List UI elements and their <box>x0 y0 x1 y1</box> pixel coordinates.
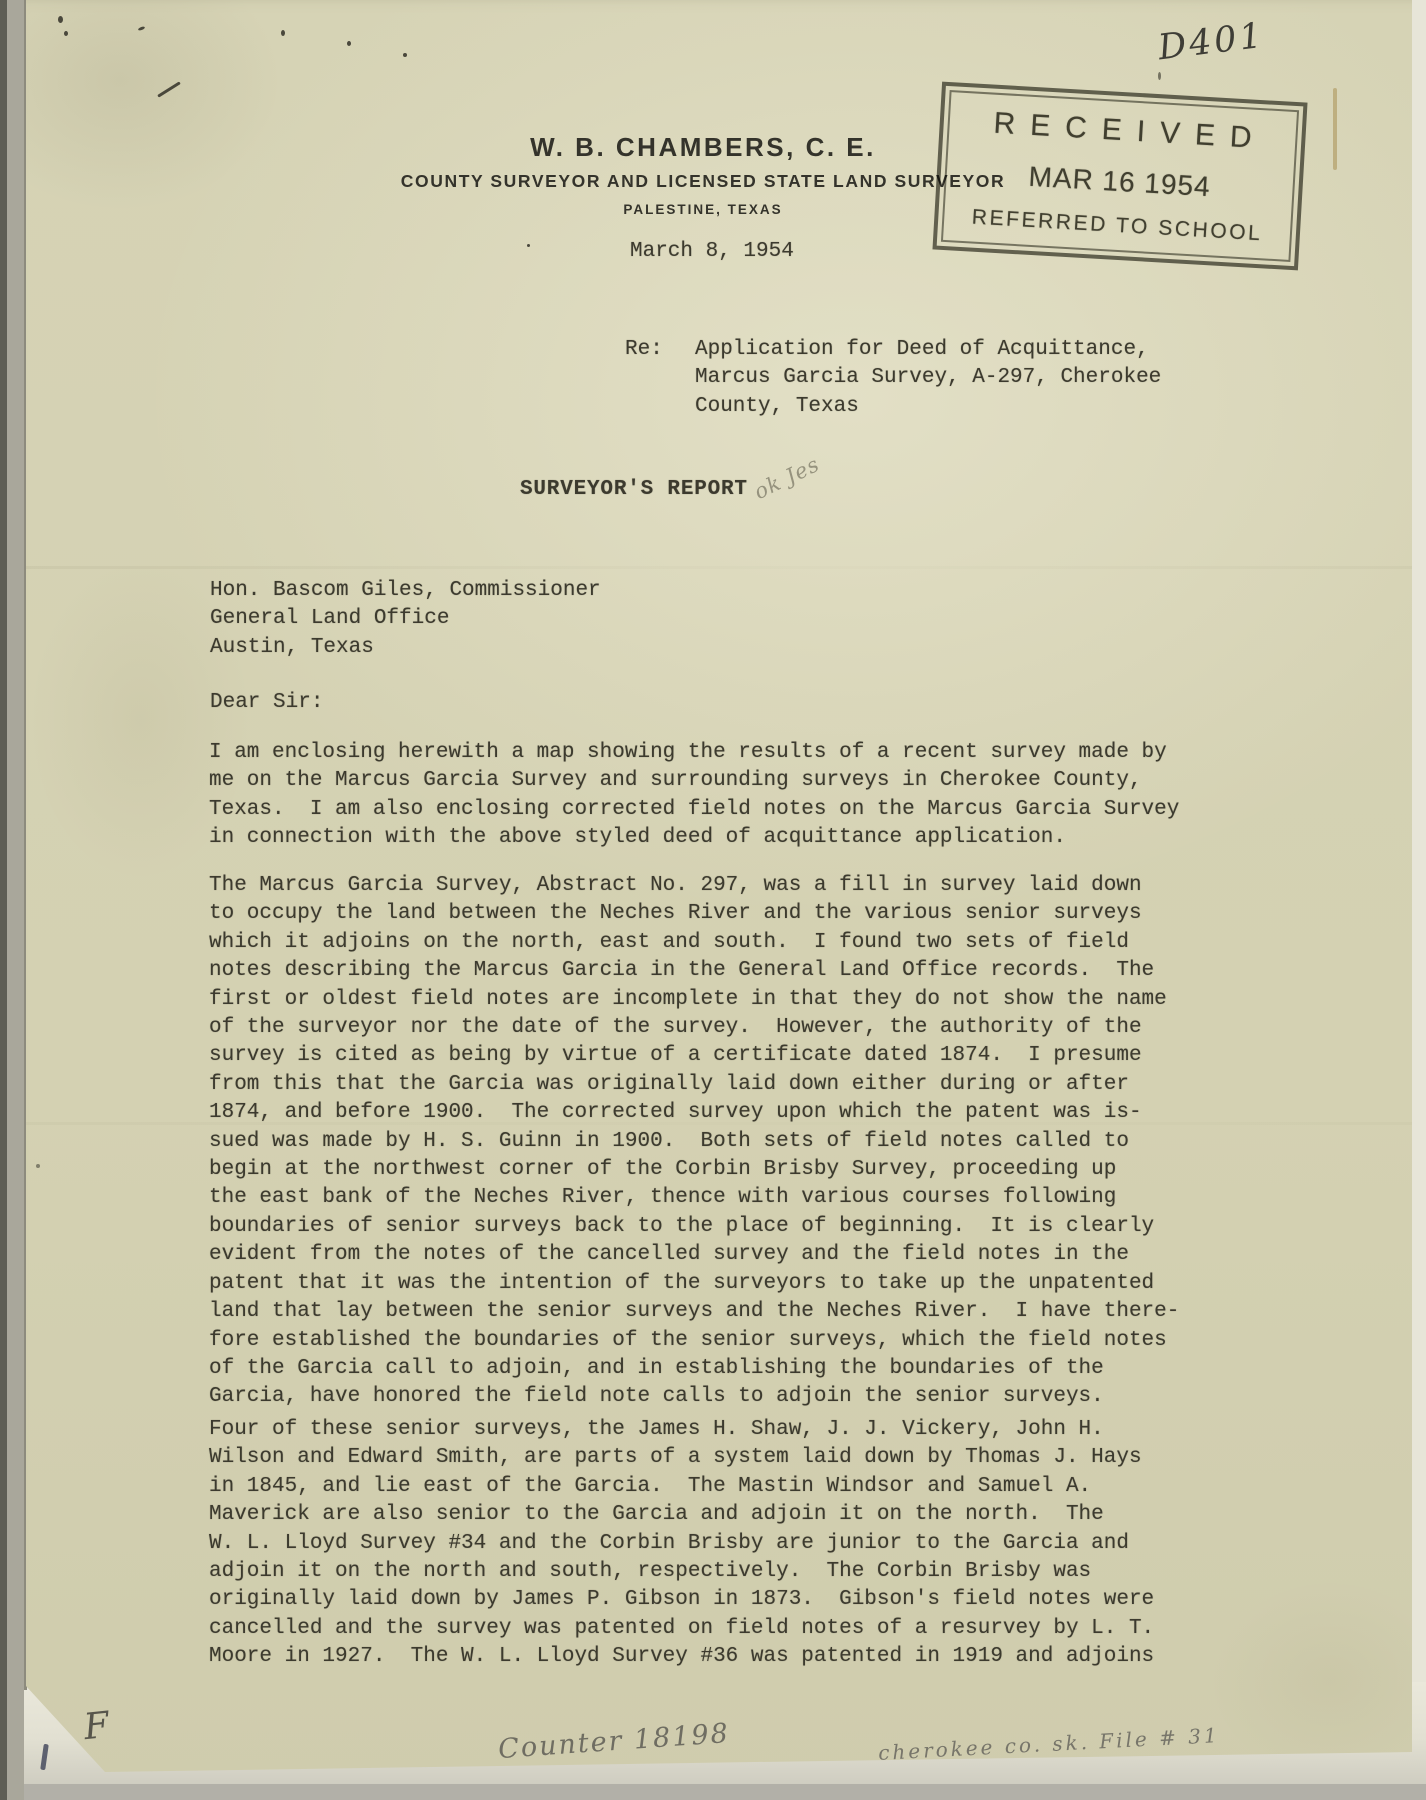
fold-crease <box>26 566 1412 569</box>
received-stamp: RECEIVED MAR 16 1954 REFERRED TO SCHOOL <box>932 82 1307 271</box>
ink-speck <box>403 53 407 57</box>
scan-edge-dark <box>0 0 7 1800</box>
ink-speck <box>281 30 285 36</box>
letter-date: March 8, 1954 <box>630 238 794 266</box>
paragraph-1: I am enclosing herewith a map showing th… <box>209 739 1179 853</box>
ink-speck <box>157 81 181 97</box>
ink-speck <box>64 31 68 36</box>
recipient-address: Hon. Bascom Giles, Commissioner General … <box>210 577 601 662</box>
scan-edge-mid <box>7 0 24 1800</box>
ink-speck <box>58 16 63 23</box>
scanned-letter-page: W. B. CHAMBERS, C. E. COUNTY SURVEYOR AN… <box>0 0 1426 1800</box>
paragraph-2: The Marcus Garcia Survey, Abstract No. 2… <box>209 872 1179 1412</box>
re-subject-text: Application for Deed of Acquittance, Mar… <box>695 336 1161 421</box>
bottom-left-mark: F <box>82 1705 111 1748</box>
report-title: SURVEYOR'S REPORT <box>520 476 748 504</box>
report-title-annotation: ok Jes <box>750 452 823 504</box>
paper-sheet: W. B. CHAMBERS, C. E. COUNTY SURVEYOR AN… <box>0 0 1426 1800</box>
paragraph-3: Four of these senior surveys, the James … <box>209 1416 1154 1672</box>
ink-speck <box>1158 72 1161 80</box>
ink-speck <box>347 41 351 46</box>
ink-speck <box>527 244 530 247</box>
paper-stain <box>1210 1580 1426 1780</box>
re-label: Re: <box>625 336 663 364</box>
pencil-dot <box>36 1164 40 1168</box>
counter-annotation: Counter 18198 <box>497 1718 731 1765</box>
ink-speck <box>138 26 146 31</box>
handwritten-code: D401 <box>1156 16 1267 69</box>
salutation: Dear Sir: <box>210 689 323 717</box>
